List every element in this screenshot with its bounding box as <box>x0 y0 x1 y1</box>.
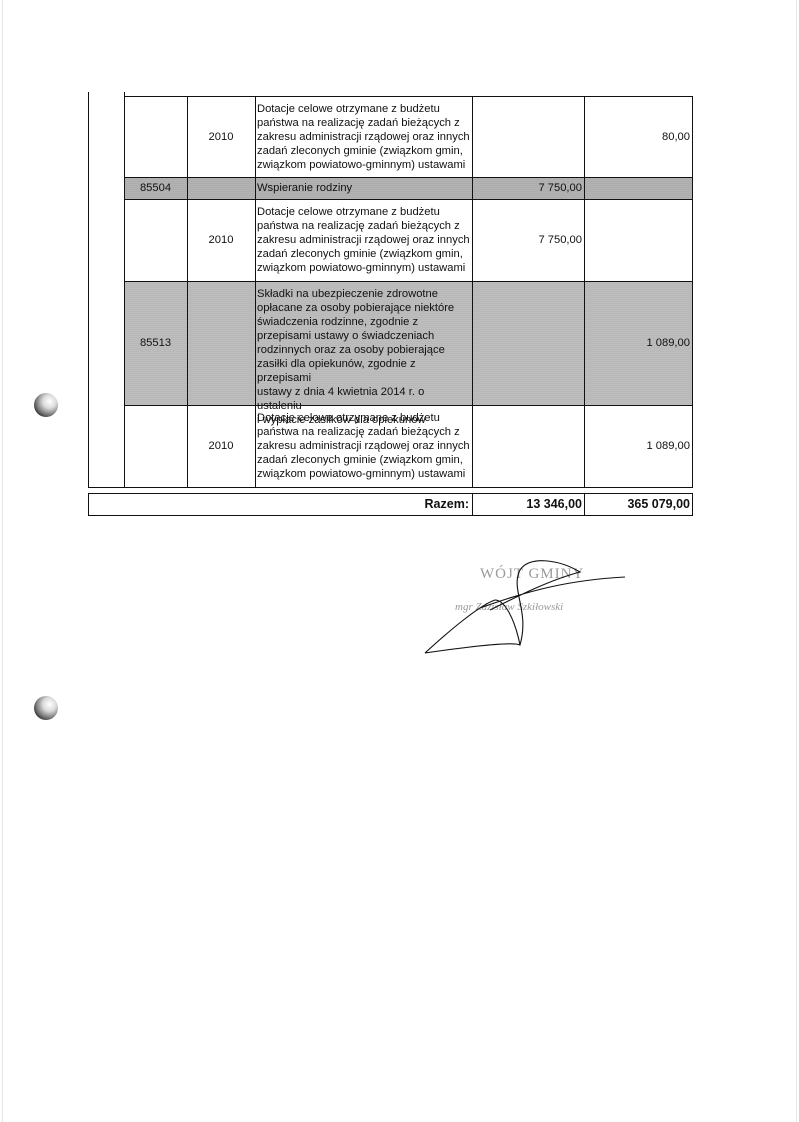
punch-hole-bottom <box>34 696 58 720</box>
description-line: Dotacje celowe otrzymane z budżetu <box>257 205 472 219</box>
signature-icon <box>420 550 630 660</box>
row-border <box>88 487 693 488</box>
description-line: świadczenia rodzinne, zgodnie z <box>257 315 472 329</box>
description-line: zadań zleconych gminie (związkom gmin, <box>257 453 472 467</box>
rozdzial-code: 85513 <box>124 336 187 350</box>
description-line: przepisami ustawy o świadczeniach <box>257 329 472 343</box>
total-label: Razem: <box>88 497 469 511</box>
column-border <box>255 96 256 488</box>
column-border <box>692 96 693 488</box>
paragraf-code: 2010 <box>187 130 255 144</box>
column-border <box>88 92 89 488</box>
amount-col2: 80,00 <box>584 130 690 144</box>
description: Dotacje celowe otrzymane z budżetupaństw… <box>255 102 472 172</box>
description-line: związkom powiatowo-gminnym) ustawami <box>257 467 472 481</box>
total-border <box>88 515 693 516</box>
row-border <box>124 281 693 282</box>
page-edge-right <box>796 0 797 1122</box>
row-border <box>124 199 693 200</box>
punch-hole-top <box>34 393 58 417</box>
description-line: państwa na realizację zadań bieżących z <box>257 425 472 439</box>
description-line: związkom powiatowo-gminnym) ustawami <box>257 261 472 275</box>
description-line: Wspieranie rodziny <box>257 181 472 195</box>
description-line: zakresu administracji rządowej oraz inny… <box>257 233 472 247</box>
rozdzial-code: 85504 <box>124 181 187 195</box>
description-line: zakresu administracji rządowej oraz inny… <box>257 130 472 144</box>
description: Składki na ubezpieczenie zdrowotneopłaca… <box>255 287 472 427</box>
description-line: Dotacje celowe otrzymane z budżetu <box>257 411 472 425</box>
description-line: opłacane za osoby pobierające niektóre <box>257 301 472 315</box>
column-border <box>584 96 585 488</box>
description-line: zasiłki dla opiekunów, zgodnie z przepis… <box>257 357 472 385</box>
description: Dotacje celowe otrzymane z budżetupaństw… <box>255 205 472 275</box>
description-line: państwa na realizację zadań bieżących z <box>257 116 472 130</box>
description: Dotacje celowe otrzymane z budżetupaństw… <box>255 411 472 481</box>
total-amount-col2: 365 079,00 <box>584 497 690 511</box>
row-border <box>124 405 693 406</box>
page-edge-left <box>2 0 3 1122</box>
description-line: zadań zleconych gminie (związkom gmin, <box>257 144 472 158</box>
description-line: rodzinnych oraz za osoby pobierające <box>257 343 472 357</box>
description-line: zakresu administracji rządowej oraz inny… <box>257 439 472 453</box>
column-border <box>187 96 188 488</box>
description-line: państwa na realizację zadań bieżących z <box>257 219 472 233</box>
description-line: związkom powiatowo-gminnym) ustawami <box>257 158 472 172</box>
description-line: Składki na ubezpieczenie zdrowotne <box>257 287 472 301</box>
column-border <box>124 92 125 488</box>
amount-col2: 1 089,00 <box>584 439 690 453</box>
total-border <box>88 493 693 494</box>
amount-col1: 7 750,00 <box>472 181 582 195</box>
amount-col1: 7 750,00 <box>472 233 582 247</box>
row-border <box>124 177 693 178</box>
paragraf-code: 2010 <box>187 233 255 247</box>
amount-col2: 1 089,00 <box>584 336 690 350</box>
description-line: Dotacje celowe otrzymane z budżetu <box>257 102 472 116</box>
total-border <box>692 493 693 516</box>
total-amount-col1: 13 346,00 <box>472 497 582 511</box>
description: Wspieranie rodziny <box>255 181 472 195</box>
row-border <box>124 96 693 97</box>
description-line: ustawy z dnia 4 kwietnia 2014 r. o ustal… <box>257 385 472 413</box>
paragraf-code: 2010 <box>187 439 255 453</box>
description-line: zadań zleconych gminie (związkom gmin, <box>257 247 472 261</box>
column-border <box>472 96 473 488</box>
